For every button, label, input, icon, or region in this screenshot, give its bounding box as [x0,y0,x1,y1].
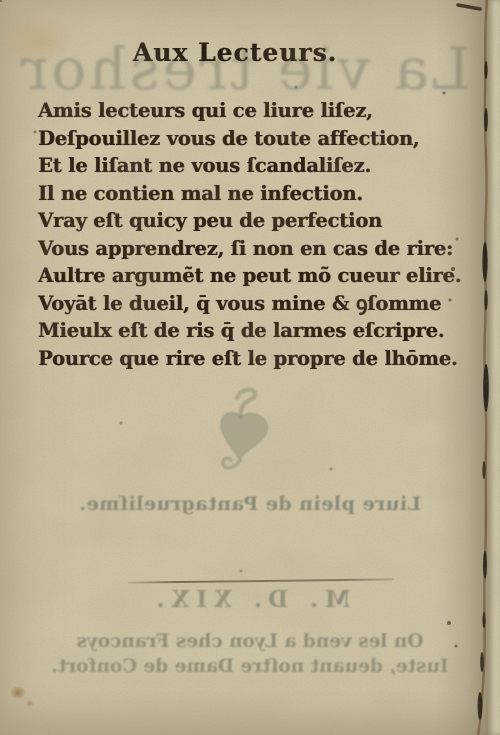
paper-stain [10,686,26,699]
poem-line: Pource que rire eſt le propre de lhōme. [38,345,468,373]
poem-line: Deſpouillez vous de toute affection, [38,125,468,153]
showthrough-imprint-line-1: On les vend a Lyon ches Francoys [40,631,460,652]
page-heading: Aux Lecteurs. [0,38,470,67]
poem-dizain: Amis lecteurs qui ce liure liſez, Deſpou… [38,97,468,372]
showthrough-imprint-line-2: Iuste, deuant noſtre Dame de Confort. [40,656,460,677]
book-page-scan: La vie treshor Aux Lecteurs. Amis lecteu… [0,0,500,735]
showthrough-rule [128,578,394,583]
floral-heart-fleuron-icon [216,386,282,474]
poem-line: Aultre argumẽt ne peut mõ cueur elire. [38,262,468,290]
showthrough-subtitle-line: Liure plein de Pantagrueliſme. [60,493,440,515]
poem-line: Vray eſt quicy peu de perfection [38,207,468,235]
poem-line: Et le liſant ne vous ſcandaliſez. [38,152,468,180]
poem-line: Vous apprendrez, ſi non en cas de rire: [38,235,468,263]
page-gutter-crease [440,0,500,735]
poem-line: Voyāt le dueil, q̄ vous mine & ꝯſomme [38,290,468,318]
showthrough-date: M. D. XIX. [130,586,370,613]
poem-line: Il ne contien mal ne infection. [38,180,468,208]
ink-specks [0,0,2,2]
poem-line: Mieulx eſt de ris q̄ de larmes eſcripre. [38,317,468,345]
poem-line: Amis lecteurs qui ce liure liſez, [38,97,468,125]
paper-stain [26,700,34,707]
